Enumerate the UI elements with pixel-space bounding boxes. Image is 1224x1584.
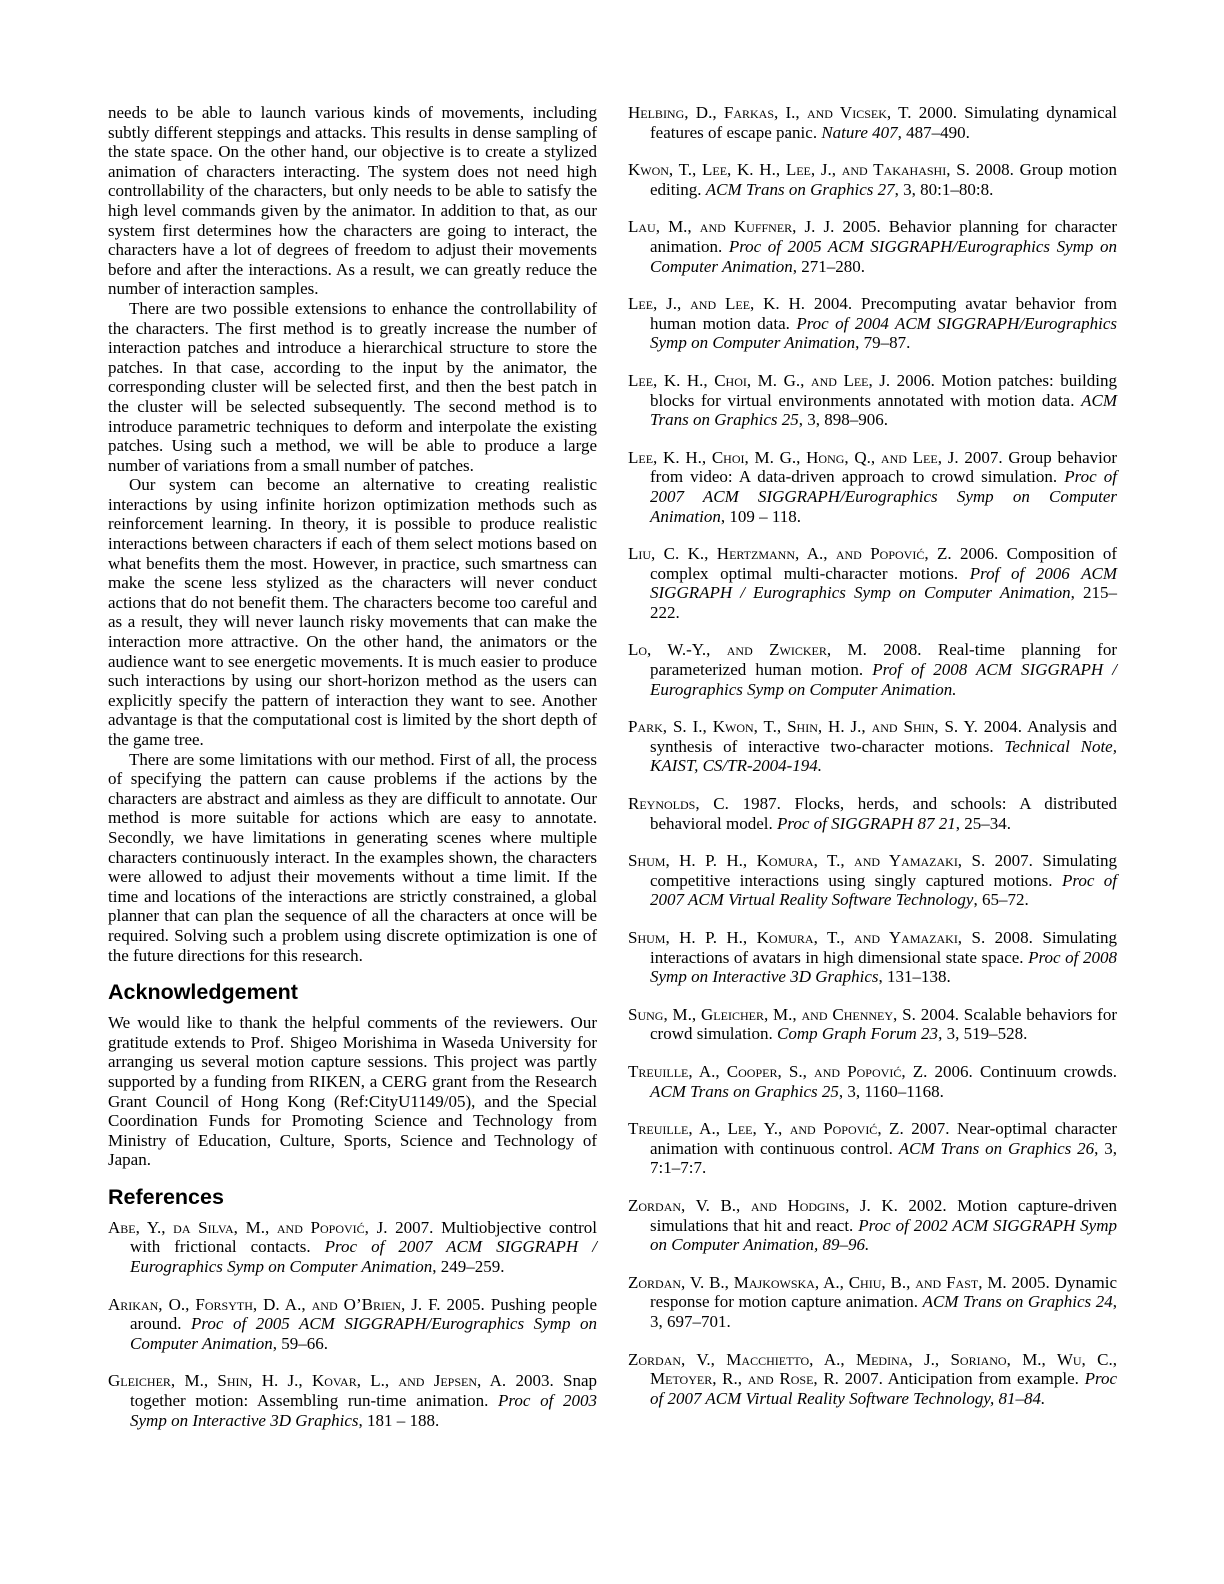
reference-entry: Lo, W.-Y., and Zwicker, M. 2008. Real-ti… [628, 640, 1117, 699]
reference-authors: Park, S. I., Kwon, T., Shin, H. J., and … [628, 717, 978, 736]
reference-venue: ACM Trans on Graphics 25 [650, 1082, 839, 1101]
references-list-left: Abe, Y., da Silva, M., and Popović, J. 2… [108, 1218, 597, 1430]
reference-venue: Proc of SIGGRAPH 87 21 [777, 814, 956, 833]
reference-authors: Shum, H. P. H., Komura, T., and Yamazaki… [628, 851, 985, 870]
reference-text: , 25–34. [956, 814, 1011, 833]
reference-text: , 109 – 118. [721, 507, 801, 526]
reference-authors: Reynolds, C. [628, 794, 729, 813]
reference-entry: Sung, M., Gleicher, M., and Chenney, S. … [628, 1005, 1117, 1044]
references-heading: References [108, 1185, 597, 1209]
reference-authors: Helbing, D., Farkas, I., and Vicsek, T. [628, 103, 911, 122]
reference-text: , 65–72. [973, 890, 1028, 909]
reference-entry: Treuille, A., Cooper, S., and Popović, Z… [628, 1062, 1117, 1101]
reference-entry: Treuille, A., Lee, Y., and Popović, Z. 2… [628, 1119, 1117, 1178]
reference-entry: Zordan, V., Macchietto, A., Medina, J., … [628, 1350, 1117, 1409]
reference-authors: Shum, H. P. H., Komura, T., and Yamazaki… [628, 928, 985, 947]
reference-venue: ACM Trans on Graphics 24 [923, 1292, 1113, 1311]
reference-venue: Comp Graph Forum 23 [777, 1024, 938, 1043]
reference-entry: Shum, H. P. H., Komura, T., and Yamazaki… [628, 928, 1117, 987]
reference-text: 2007. Anticipation from example. [839, 1369, 1085, 1388]
left-column: needs to be able to launch various kinds… [108, 103, 597, 1430]
body-paragraph: Our system can become an alternative to … [108, 475, 597, 749]
reference-authors: Lo, W.-Y., and Zwicker, M. [628, 640, 867, 659]
reference-authors: Zordan, V. B., Majkowska, A., Chiu, B., … [628, 1273, 1007, 1292]
body-paragraph: needs to be able to launch various kinds… [108, 103, 597, 299]
reference-text: , 79–87. [855, 333, 910, 352]
reference-text: , 131–138. [879, 967, 951, 986]
reference-venue: Nature 407 [821, 123, 897, 142]
reference-entry: Park, S. I., Kwon, T., Shin, H. J., and … [628, 717, 1117, 776]
reference-text: , 181 – 188. [359, 1411, 440, 1430]
reference-venue: Proc of 2005 ACM SIGGRAPH/Eurographics S… [130, 1314, 597, 1353]
reference-entry: Helbing, D., Farkas, I., and Vicsek, T. … [628, 103, 1117, 142]
body-paragraph: There are two possible extensions to enh… [108, 299, 597, 475]
body-paragraph: There are some limitations with our meth… [108, 750, 597, 966]
reference-authors: Abe, Y., da Silva, M., and Popović, J. [108, 1218, 387, 1237]
reference-entry: Shum, H. P. H., Komura, T., and Yamazaki… [628, 851, 1117, 910]
reference-entry: Reynolds, C. 1987. Flocks, herds, and sc… [628, 794, 1117, 833]
reference-text: , 249–259. [432, 1257, 504, 1276]
reference-authors: Gleicher, M., Shin, H. J., Kovar, L., an… [108, 1371, 506, 1390]
reference-entry: Zordan, V. B., and Hodgins, J. K. 2002. … [628, 1196, 1117, 1255]
reference-text: , 3, 898–906. [799, 410, 888, 429]
reference-entry: Liu, C. K., Hertzmann, A., and Popović, … [628, 544, 1117, 622]
reference-text: , 271–280. [793, 257, 865, 276]
reference-entry: Arikan, O., Forsyth, D. A., and O’Brien,… [108, 1295, 597, 1354]
right-column: Helbing, D., Farkas, I., and Vicsek, T. … [628, 103, 1117, 1408]
discussion-paragraphs: needs to be able to launch various kinds… [108, 103, 597, 965]
reference-entry: Lee, K. H., Choi, M. G., Hong, Q., and L… [628, 448, 1117, 526]
reference-authors: Lee, K. H., Choi, M. G., Hong, Q., and L… [628, 448, 959, 467]
reference-entry: Kwon, T., Lee, K. H., Lee, J., and Takah… [628, 160, 1117, 199]
reference-text: , 3, 519–528. [938, 1024, 1027, 1043]
reference-authors: Zordan, V. B., and Hodgins, J. K. [628, 1196, 898, 1215]
reference-authors: Lee, J., and Lee, K. H. [628, 294, 805, 313]
reference-text: , 487–490. [898, 123, 970, 142]
reference-authors: Lau, M., and Kuffner, J. J. [628, 217, 834, 236]
reference-authors: Arikan, O., Forsyth, D. A., and O’Brien,… [108, 1295, 441, 1314]
reference-text: , 3, 1160–1168. [839, 1082, 944, 1101]
reference-authors: Kwon, T., Lee, K. H., Lee, J., and Takah… [628, 160, 970, 179]
reference-entry: Lee, J., and Lee, K. H. 2004. Precomputi… [628, 294, 1117, 353]
reference-authors: Lee, K. H., Choi, M. G., and Lee, J. [628, 371, 890, 390]
reference-entry: Abe, Y., da Silva, M., and Popović, J. 2… [108, 1218, 597, 1277]
reference-authors: Treuille, A., Lee, Y., and Popović, Z. [628, 1119, 904, 1138]
reference-text: , 59–66. [273, 1334, 328, 1353]
paper-page: needs to be able to launch various kinds… [0, 0, 1224, 1584]
reference-authors: Liu, C. K., Hertzmann, A., and Popović, … [628, 544, 952, 563]
acknowledgement-paragraph: We would like to thank the helpful comme… [108, 1013, 597, 1170]
reference-entry: Lee, K. H., Choi, M. G., and Lee, J. 200… [628, 371, 1117, 430]
reference-entry: Gleicher, M., Shin, H. J., Kovar, L., an… [108, 1371, 597, 1430]
acknowledgement-heading: Acknowledgement [108, 980, 597, 1004]
reference-authors: Sung, M., Gleicher, M., and Chenney, S. [628, 1005, 916, 1024]
reference-venue: ACM Trans on Graphics 26 [899, 1139, 1094, 1158]
reference-authors: Treuille, A., Cooper, S., and Popović, Z… [628, 1062, 927, 1081]
reference-entry: Zordan, V. B., Majkowska, A., Chiu, B., … [628, 1273, 1117, 1332]
reference-text: , 3, 80:1–80:8. [895, 180, 994, 199]
reference-venue: ACM Trans on Graphics 27 [706, 180, 895, 199]
references-list-right: Helbing, D., Farkas, I., and Vicsek, T. … [628, 103, 1117, 1408]
reference-text: 2006. Continuum crowds. [927, 1062, 1117, 1081]
reference-entry: Lau, M., and Kuffner, J. J. 2005. Behavi… [628, 217, 1117, 276]
